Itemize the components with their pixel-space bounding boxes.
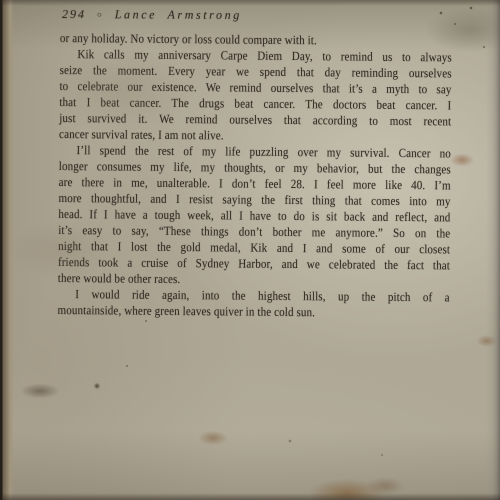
page-top-edge — [0, 0, 500, 6]
text-line: mountainside, where green leaves quiver … — [57, 302, 449, 321]
page-body-text: or any holiday. No victory or loss could… — [57, 30, 459, 321]
paragraph: I’ll spend the rest of my life puzzling … — [58, 142, 459, 289]
circle-ornament-icon: ○ — [97, 8, 102, 22]
paragraph: Kik calls my anniversary Carpe Diem Day,… — [59, 46, 460, 145]
page-bottom-edge — [0, 493, 500, 500]
book-page-photo: 294○Lance Armstrong or any holiday. No v… — [0, 0, 500, 500]
page-number: 294 — [62, 7, 86, 21]
page-right-edge — [486, 0, 500, 500]
book-author-title: Lance Armstrong — [115, 7, 242, 22]
paragraph: I would ride again, into the highest hil… — [57, 286, 457, 321]
page-left-edge — [0, 0, 14, 500]
running-header: 294○Lance Armstrong — [62, 7, 242, 23]
